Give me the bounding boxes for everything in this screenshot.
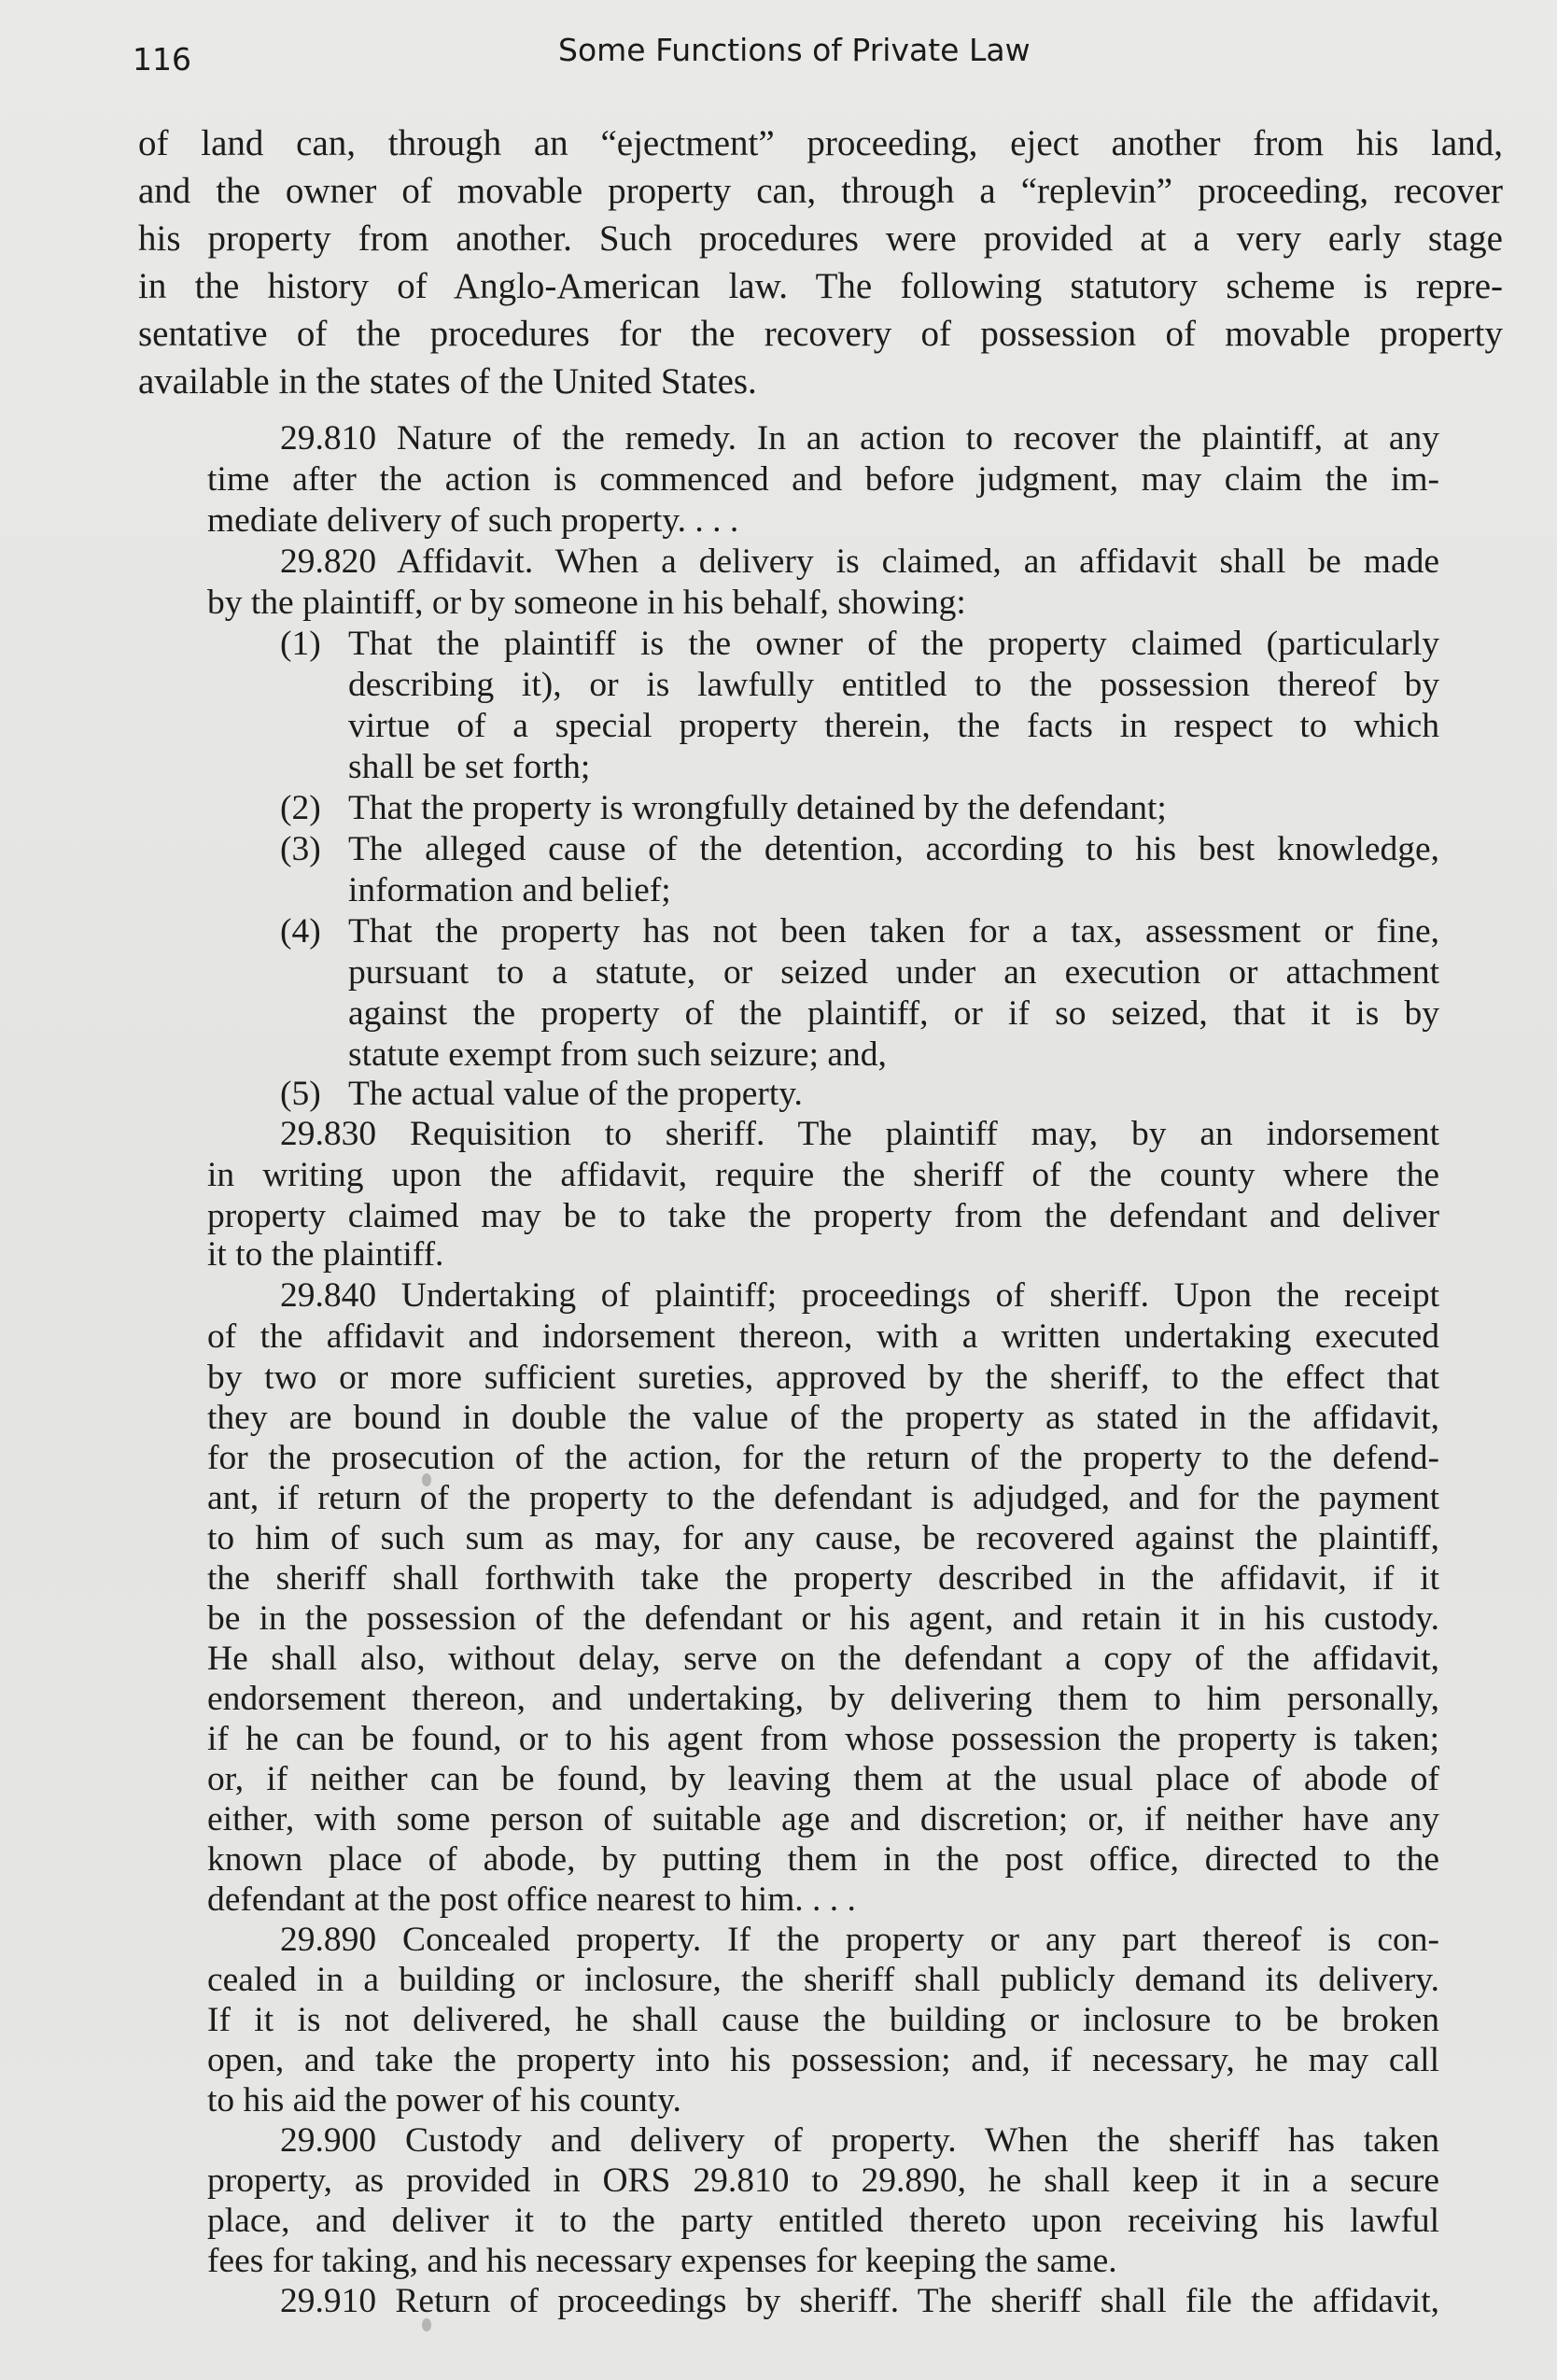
section-29-830: 29.830 Requisition to sheriff. The plain… <box>280 1114 1439 1155</box>
text-line: property, as provided in ORS 29.810 to 2… <box>207 2161 1439 2202</box>
text-line: in writing upon the affidavit, require t… <box>207 1155 1439 1196</box>
text-line: cealed in a building or inclosure, the s… <box>207 1960 1439 2001</box>
list-number: (4) <box>280 911 321 952</box>
text-line: be in the possession of the defendant or… <box>207 1598 1439 1640</box>
section-29-890: 29.890 Concealed property. If the proper… <box>280 1920 1439 1961</box>
list-item-line: statute exempt from such seizure; and, <box>348 1035 1439 1076</box>
page-number: 116 <box>133 41 191 77</box>
list-item-line: information and belief; <box>348 870 1439 911</box>
text-line: mediate delivery of such property. . . . <box>207 500 1439 542</box>
text-line: by the plaintiff, or by someone in his b… <box>207 583 1439 624</box>
text-line: open, and take the property into his pos… <box>207 2040 1439 2081</box>
text-line: to his aid the power of his county. <box>207 2080 1439 2121</box>
list-number: (1) <box>280 624 321 665</box>
text-line: available in the states of the United St… <box>138 361 1503 402</box>
text-line: He shall also, without delay, serve on t… <box>207 1639 1439 1680</box>
list-number: (2) <box>280 788 321 829</box>
text-line: by two or more sufficient sureties, appr… <box>207 1358 1439 1399</box>
section-29-810: 29.810 Nature of the remedy. In an actio… <box>280 418 1439 459</box>
section-29-900: 29.900 Custody and delivery of property.… <box>280 2120 1439 2162</box>
text-line: if he can be found, or to his agent from… <box>207 1719 1439 1760</box>
section-29-820: 29.820 Affidavit. When a delivery is cla… <box>280 542 1439 583</box>
text-line: of the affidavit and indorsement thereon… <box>207 1317 1439 1358</box>
book-page: 116 Some Functions of Private Law of lan… <box>0 0 1557 2380</box>
text-line: If it is not delivered, he shall cause t… <box>207 2000 1439 2041</box>
text-line: property claimed may be to take the prop… <box>207 1196 1439 1237</box>
list-item-line: That the plaintiff is the owner of the p… <box>348 624 1439 665</box>
text-line: time after the action is commenced and b… <box>207 459 1439 500</box>
list-item-line: That the property has not been taken for… <box>348 911 1439 952</box>
list-number: (5) <box>280 1074 321 1115</box>
list-item-line: virtue of a special property therein, th… <box>348 706 1439 747</box>
list-number: (3) <box>280 829 321 870</box>
list-item-line: against the property of the plaintiff, o… <box>348 993 1439 1035</box>
text-line: they are bound in double the value of th… <box>207 1398 1439 1439</box>
text-line: it to the plaintiff. <box>207 1234 1439 1275</box>
list-item-line: shall be set forth; <box>348 747 1439 788</box>
section-29-910: 29.910 Return of proceedings by sheriff.… <box>280 2281 1439 2322</box>
text-line: sentative of the procedures for the reco… <box>138 314 1503 355</box>
print-smudge <box>422 1473 431 1486</box>
text-line: of land can, through an “ejectment” proc… <box>138 123 1503 164</box>
text-line: or, if neither can be found, by leaving … <box>207 1759 1439 1800</box>
list-item-line: The actual value of the property. <box>348 1074 1439 1115</box>
text-line: fees for taking, and his necessary expen… <box>207 2241 1439 2282</box>
text-line: place, and deliver it to the party entit… <box>207 2201 1439 2242</box>
text-line: either, with some person of suitable age… <box>207 1799 1439 1840</box>
list-item-line: That the property is wrongfully detained… <box>348 788 1439 829</box>
section-29-840: 29.840 Undertaking of plaintiff; proceed… <box>280 1275 1439 1317</box>
text-line: ant, if return of the property to the de… <box>207 1478 1439 1519</box>
text-line: the sheriff shall forthwith take the pro… <box>207 1558 1439 1599</box>
list-item-line: The alleged cause of the detention, acco… <box>348 829 1439 870</box>
text-line: his property from another. Such procedur… <box>138 218 1503 260</box>
text-line: in the history of Anglo-American law. Th… <box>138 266 1503 307</box>
running-head: 116 Some Functions of Private Law <box>0 32 1557 78</box>
text-line: and the owner of movable property can, t… <box>138 171 1503 212</box>
text-line: to him of such sum as may, for any cause… <box>207 1518 1439 1559</box>
running-title: Some Functions of Private Law <box>558 32 1031 68</box>
list-item-line: pursuant to a statute, or seized under a… <box>348 952 1439 993</box>
text-line: defendant at the post office nearest to … <box>207 1880 1439 1921</box>
print-smudge <box>422 2318 431 2331</box>
text-line: known place of abode, by putting them in… <box>207 1839 1439 1880</box>
text-line: endorsement thereon, and undertaking, by… <box>207 1679 1439 1720</box>
list-item-line: describing it), or is lawfully entitled … <box>348 665 1439 706</box>
text-line: for the prosecution of the action, for t… <box>207 1438 1439 1479</box>
